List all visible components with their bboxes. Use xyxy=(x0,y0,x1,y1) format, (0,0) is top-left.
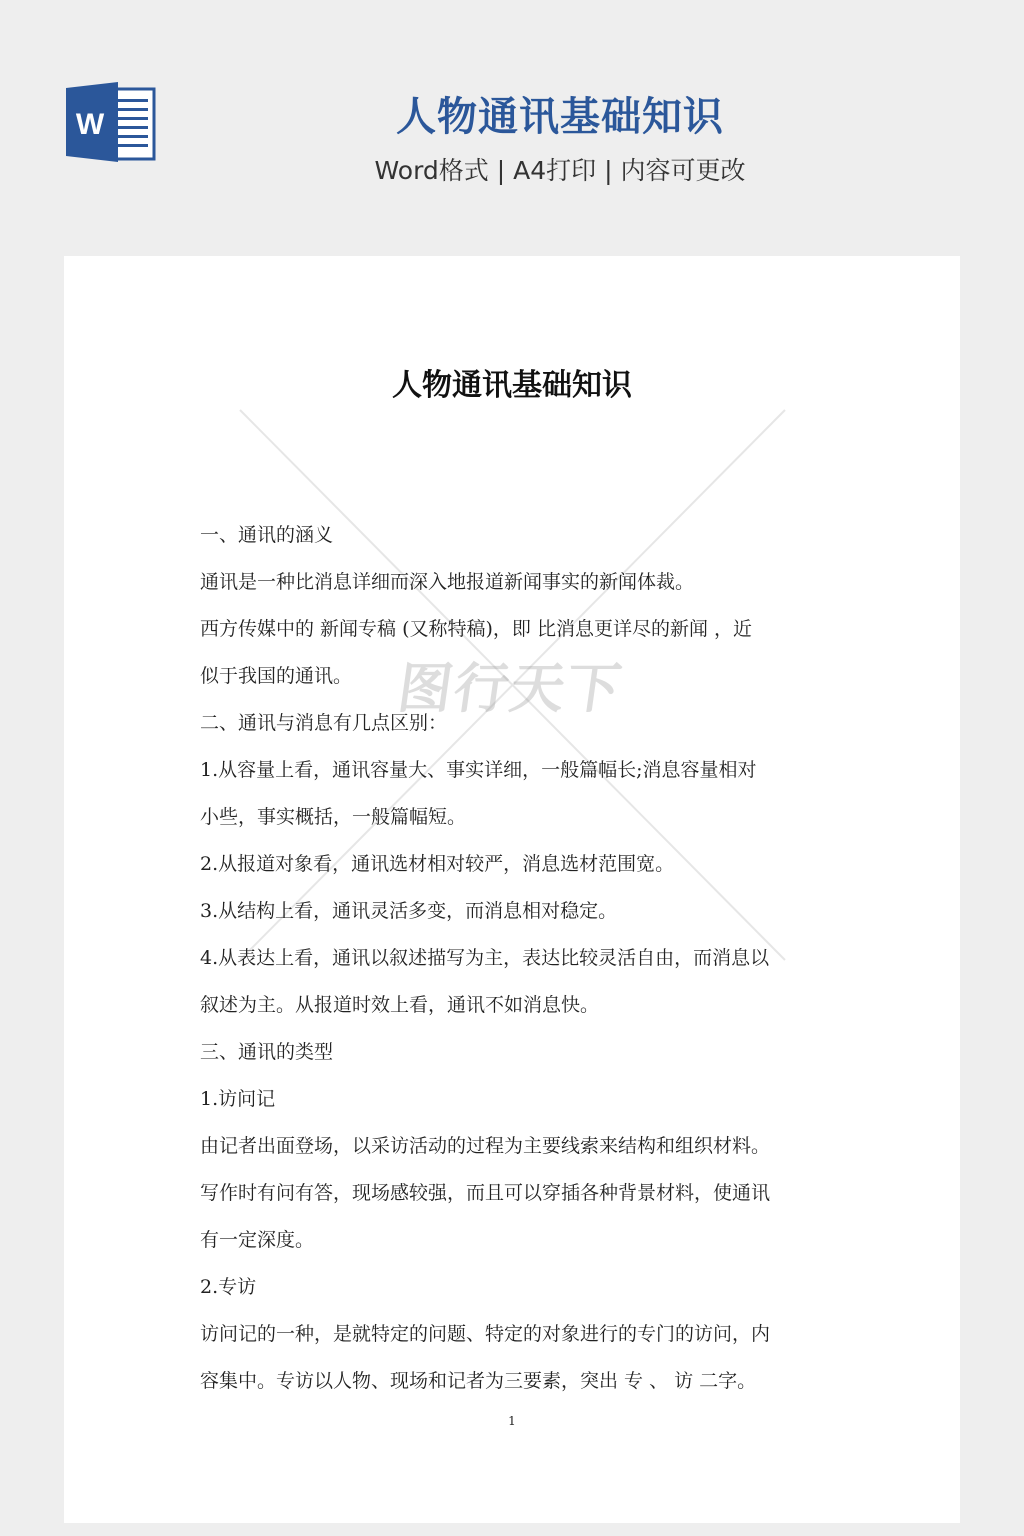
paragraph-line: 小些，事实概括，一般篇幅短。 xyxy=(200,794,830,841)
word-document-icon: W xyxy=(66,82,156,162)
document-body: 一、通讯的涵义 通讯是一种比消息详细而深入地报道新闻事实的新闻体裁。 西方传媒中… xyxy=(200,512,830,1405)
paragraph-line: 叙述为主。从报道时效上看，通讯不如消息快。 xyxy=(200,982,830,1029)
document-title: 人物通讯基础知识 xyxy=(64,366,960,406)
paragraph-line: 似于我国的通讯。 xyxy=(200,653,830,700)
paragraph-line: 3.从结构上看，通讯灵活多变，而消息相对稳定。 xyxy=(200,888,830,935)
paragraph-line: 4.从表达上看，通讯以叙述描写为主，表达比较灵活自由，而消息以 xyxy=(200,935,830,982)
banner-subtitle: Word格式 | A4打印 | 内容可更改 xyxy=(300,154,820,188)
section-heading: 二、通讯与消息有几点区别： xyxy=(200,700,830,747)
paragraph-line: 西方传媒中的 新闻专稿 (又称特稿)，即 比消息更详尽的新闻 ，近 xyxy=(200,606,830,653)
banner-title: 人物通讯基础知识 xyxy=(300,92,820,142)
paragraph-line: 2.从报道对象看，通讯选材相对较严，消息选材范围宽。 xyxy=(200,841,830,888)
svg-text:W: W xyxy=(76,108,105,141)
paragraph-line: 由记者出面登场，以采访活动的过程为主要线索来结构和组织材料。 xyxy=(200,1123,830,1170)
paragraph-line: 通讯是一种比消息详细而深入地报道新闻事实的新闻体裁。 xyxy=(200,559,830,606)
section-heading: 一、通讯的涵义 xyxy=(200,512,830,559)
paragraph-line: 有一定深度。 xyxy=(200,1217,830,1264)
subsection-heading: 1.访问记 xyxy=(200,1076,830,1123)
paragraph-line: 访问记的一种，是就特定的问题、特定的对象进行的专门的访问，内 xyxy=(200,1311,830,1358)
paragraph-line: 容集中。专访以人物、现场和记者为三要素，突出 专 、 访 二字。 xyxy=(200,1358,830,1405)
paragraph-line: 1.从容量上看，通讯容量大、事实详细，一般篇幅长;消息容量相对 xyxy=(200,747,830,794)
page-number: 1 xyxy=(64,1414,960,1428)
document-page: 图行天下 人物通讯基础知识 一、通讯的涵义 通讯是一种比消息详细而深入地报道新闻… xyxy=(64,256,960,1523)
paragraph-line: 写作时有问有答，现场感较强，而且可以穿插各种背景材料，使通讯 xyxy=(200,1170,830,1217)
subsection-heading: 2.专访 xyxy=(200,1264,830,1311)
section-heading: 三、通讯的类型 xyxy=(200,1029,830,1076)
